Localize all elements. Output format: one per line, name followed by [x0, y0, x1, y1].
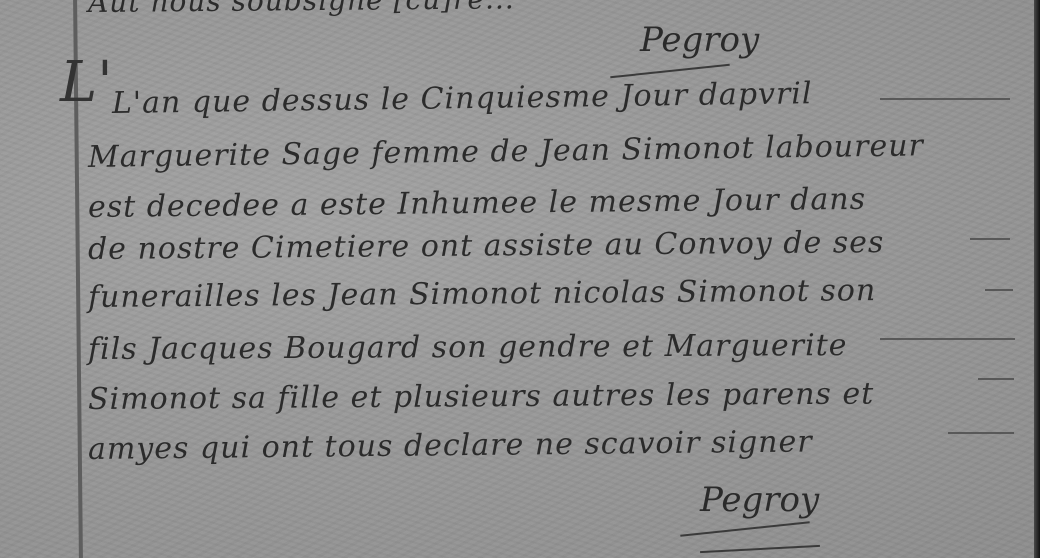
- text-line-8: amyes qui ont tous declare ne scavoir si…: [88, 424, 813, 467]
- line-filler-1: [880, 98, 1010, 100]
- text-line-5: funerailles les Jean Simonot nicolas Sim…: [88, 273, 877, 315]
- line-filler-7: [978, 378, 1014, 380]
- text-line-0: Aut nous soubsigne [cu]re...: [88, 0, 515, 19]
- text-line-2: Marguerite Sage femme de Jean Simonot la…: [88, 128, 924, 175]
- line-filler-6: [880, 338, 1015, 340]
- signature-top: Pegroy: [640, 20, 759, 60]
- line-filler-4: [970, 238, 1010, 240]
- text-line-6: fils Jacques Bougard son gendre et Margu…: [88, 328, 848, 367]
- line-filler-8: [948, 432, 1014, 434]
- text-line-4: de nostre Cimetiere ont assiste au Convo…: [88, 225, 885, 267]
- signature-bottom-underline: [700, 545, 820, 553]
- margin-initial: L': [60, 50, 113, 115]
- page-edge: [1034, 0, 1040, 558]
- signature-bottom-flourish: [680, 521, 809, 537]
- line-filler-5: [985, 289, 1013, 291]
- text-line-3: est decedee a este Inhumee le mesme Jour…: [88, 182, 866, 225]
- signature-top-flourish: [610, 64, 730, 79]
- signature-bottom: Pegroy: [700, 480, 819, 520]
- text-line-1: L'an que dessus le Cinquiesme Jour dapvr…: [112, 76, 813, 121]
- text-line-7: Simonot sa fille et plusieurs autres les…: [88, 377, 874, 417]
- document-scan: Aut nous soubsigne [cu]re... Pegroy L' L…: [0, 0, 1040, 558]
